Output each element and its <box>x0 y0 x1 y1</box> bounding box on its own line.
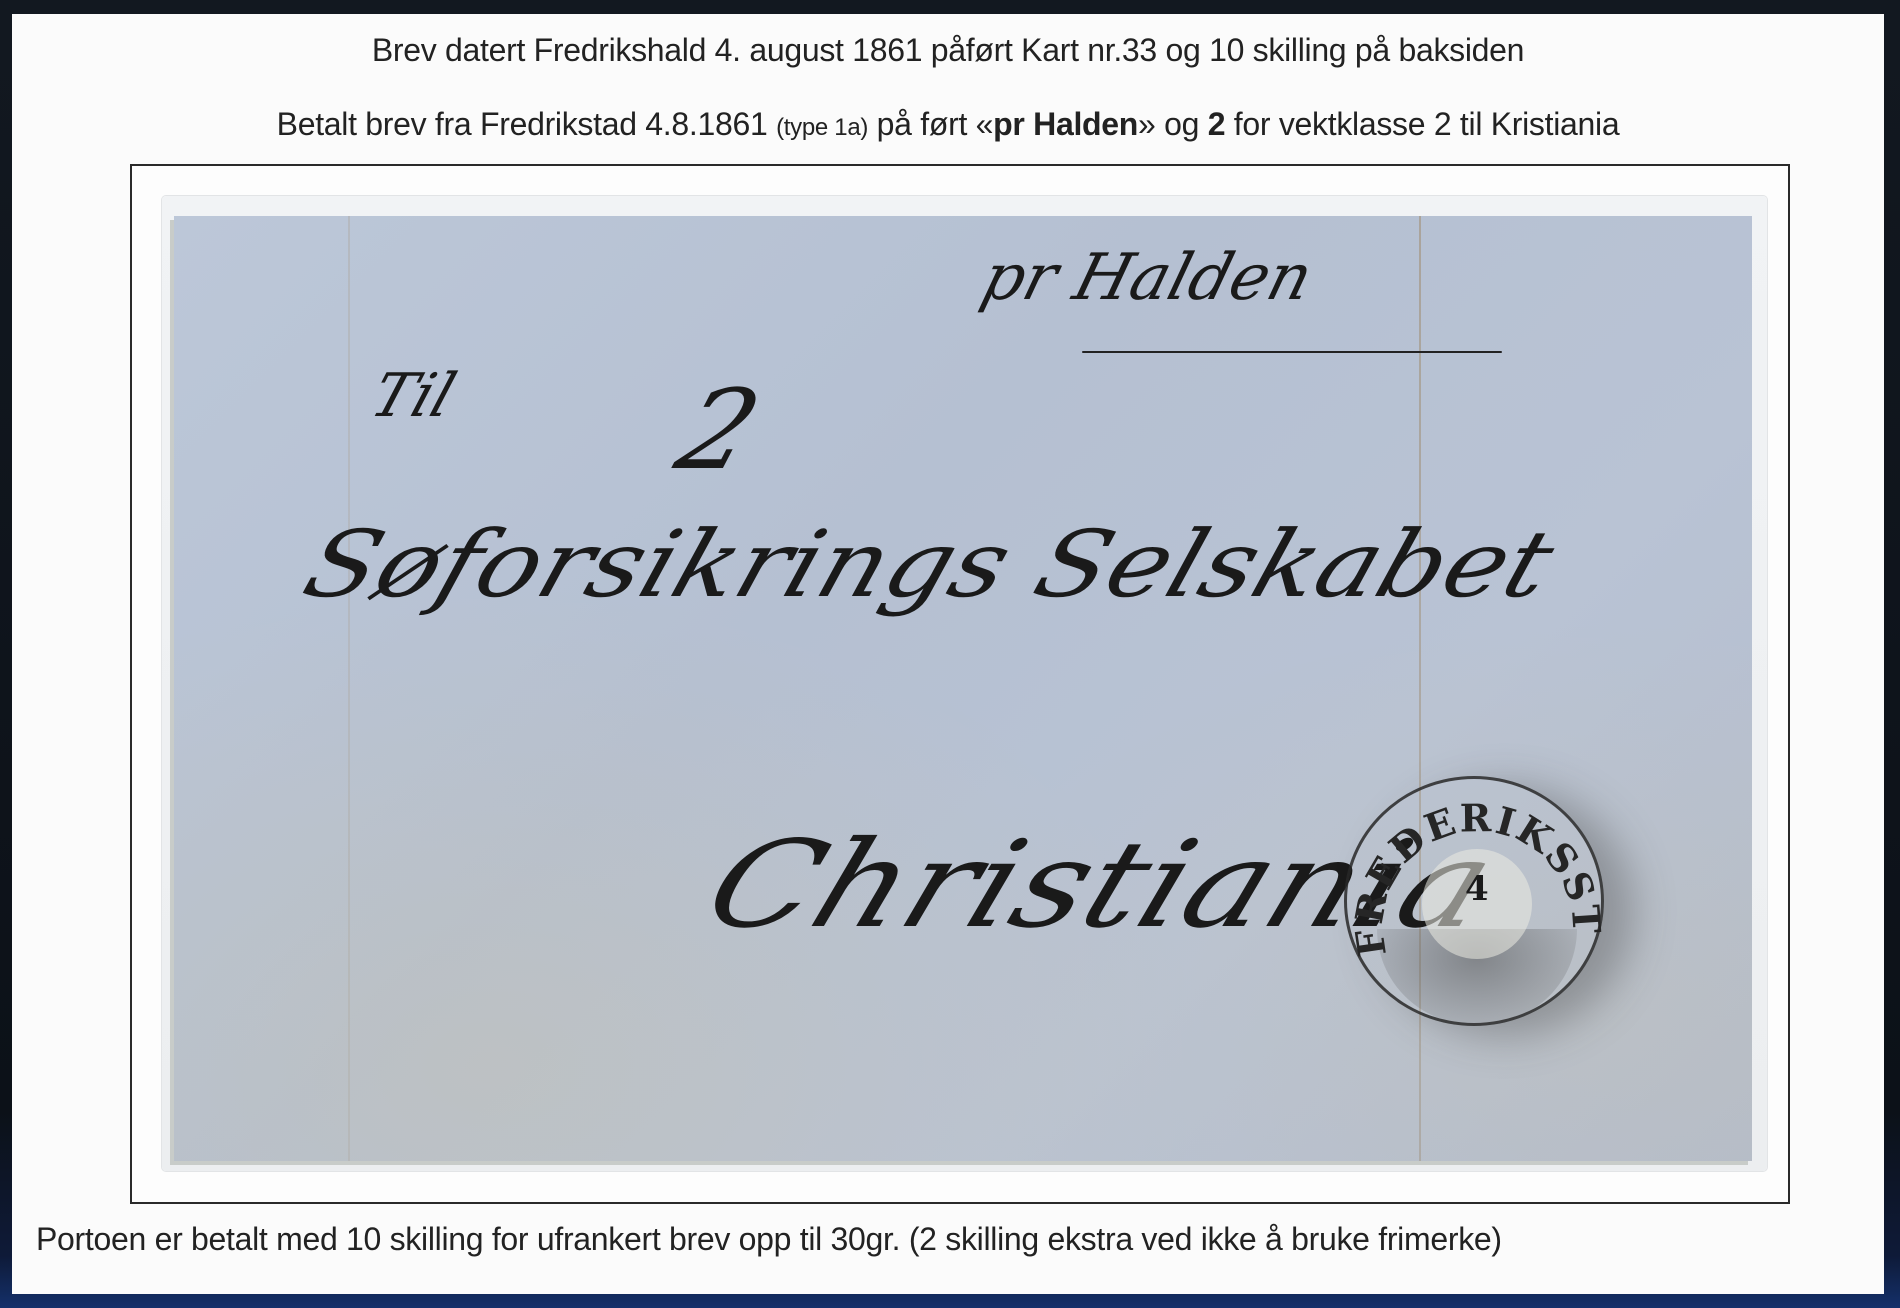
folded-letter: pr Halden Til 2 Søforsikrings Selskabet … <box>174 216 1752 1161</box>
caption-top-2-part2: på ført « <box>868 106 993 142</box>
caption-top-2-part1: Betalt brev fra Fredrikstad 4.8.1861 <box>277 106 776 142</box>
fold-line-left <box>348 216 350 1161</box>
caption-route-bold: pr Halden <box>993 106 1138 142</box>
caption-bottom: Portoen er betalt med 10 skilling for uf… <box>12 1221 1884 1258</box>
caption-type-note: (type 1a) <box>776 114 868 141</box>
letter-mount-box: pr Halden Til 2 Søforsikrings Selskabet … <box>130 164 1790 1204</box>
postmark-date: 4 <box>1465 869 1489 909</box>
caption-top-2-part4: for vektklasse 2 til Kristiania <box>1225 106 1619 142</box>
weight-class-mark: 2 <box>663 366 775 494</box>
salutation: Til <box>363 361 464 431</box>
scan-frame: Brev datert Fredrikshald 4. august 1861 … <box>0 0 1900 1308</box>
album-page: Brev datert Fredrikshald 4. august 1861 … <box>12 14 1884 1294</box>
caption-weight-bold: 2 <box>1208 106 1226 142</box>
caption-top-2: Betalt brev fra Fredrikstad 4.8.1861 (ty… <box>12 106 1884 143</box>
routing-underline <box>1082 351 1502 353</box>
addressee: Søforsikrings Selskabet <box>292 511 1567 618</box>
caption-top-2-part3: » og <box>1138 106 1208 142</box>
postmark-stamp: FREDERIKSSTAD 4 <box>1344 776 1604 1026</box>
routing-note: pr Halden <box>974 241 1320 315</box>
caption-top-1: Brev datert Fredrikshald 4. august 1861 … <box>12 32 1884 69</box>
